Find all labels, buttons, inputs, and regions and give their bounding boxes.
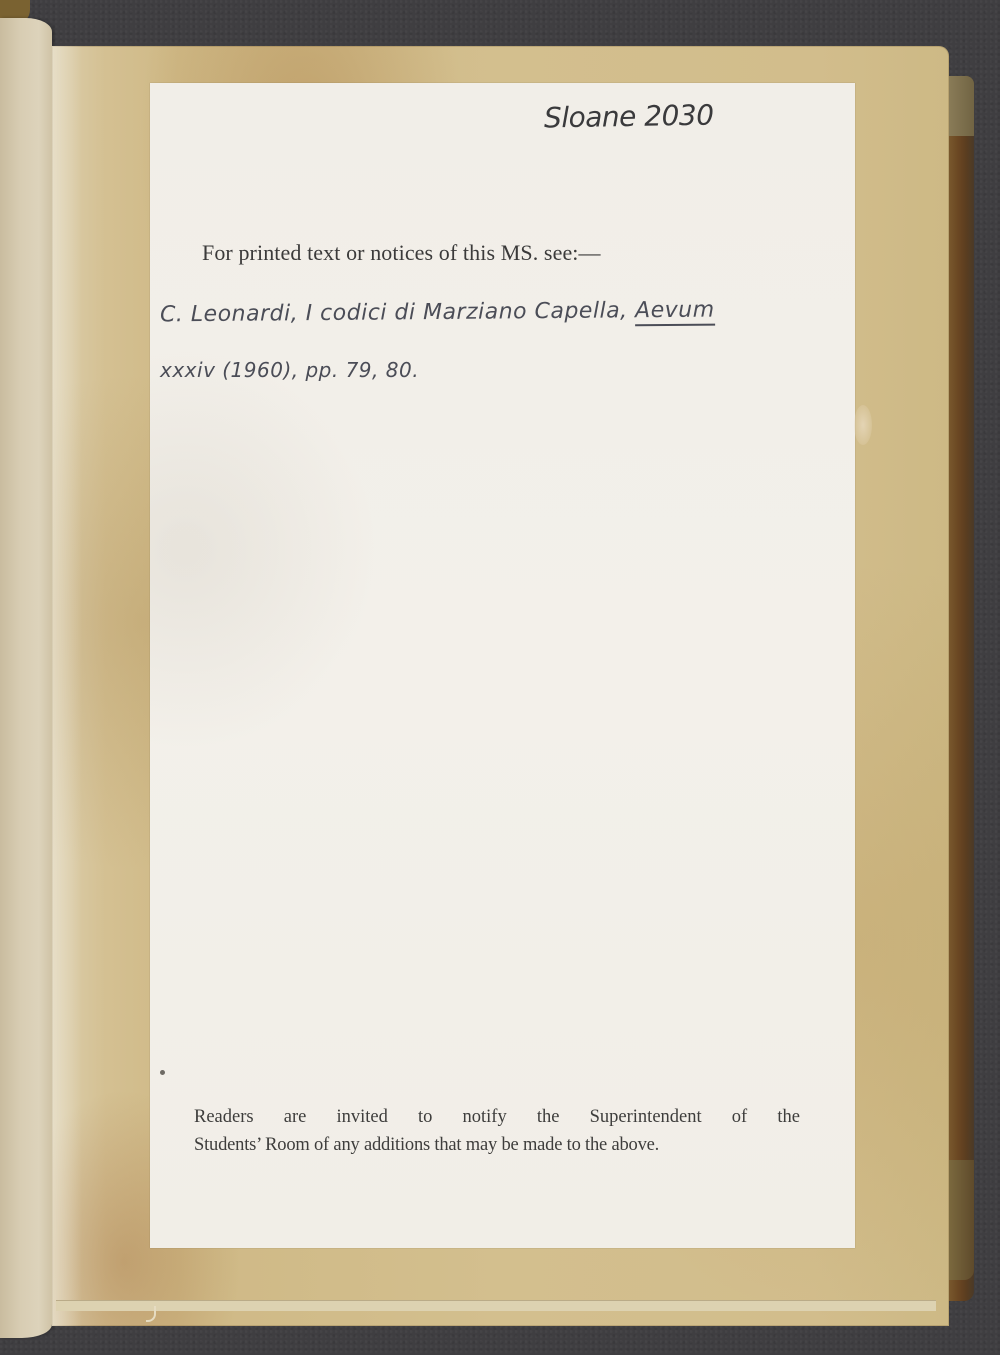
footer-word: the (777, 1103, 800, 1131)
footer-line2: Students’ Room of any additions that may… (194, 1131, 800, 1159)
ink-dot (160, 1070, 165, 1075)
handwritten-reference-line2: xxxiv (1960), pp. 79, 80. (160, 358, 419, 382)
previous-leaf-edge (0, 18, 52, 1338)
leather-binding-edge (948, 76, 974, 1301)
shelfmark-handwritten: Sloane 2030 (544, 99, 714, 135)
footer-word: invited (336, 1103, 387, 1131)
footer-word: are (284, 1103, 307, 1131)
notice-footer: Readers are invited to notify the Superi… (194, 1103, 800, 1159)
footer-word: of (732, 1103, 747, 1131)
binding-bottom-cap (948, 1160, 974, 1280)
footer-word: to (418, 1103, 432, 1131)
footer-word: Readers (194, 1103, 254, 1131)
reference-author: C. Leonardi, (160, 301, 298, 327)
binding-top-cap (948, 76, 974, 136)
footer-word: the (537, 1103, 560, 1131)
handwritten-reference-line1: C. Leonardi, I codici di Marziano Capell… (160, 298, 715, 328)
slip-stain (854, 405, 872, 445)
footer-line1: Readers are invited to notify the Superi… (194, 1103, 800, 1131)
vellum-gutter-highlight (52, 46, 82, 1326)
reference-title: I codici di Marziano Capella, (306, 298, 628, 326)
footer-word: Superintendent (590, 1103, 702, 1131)
notice-heading: For printed text or notices of this MS. … (202, 240, 601, 266)
footer-word: notify (463, 1103, 507, 1131)
vellum-bottom-edge (56, 1300, 936, 1311)
reference-journal: Aevum (635, 298, 715, 327)
